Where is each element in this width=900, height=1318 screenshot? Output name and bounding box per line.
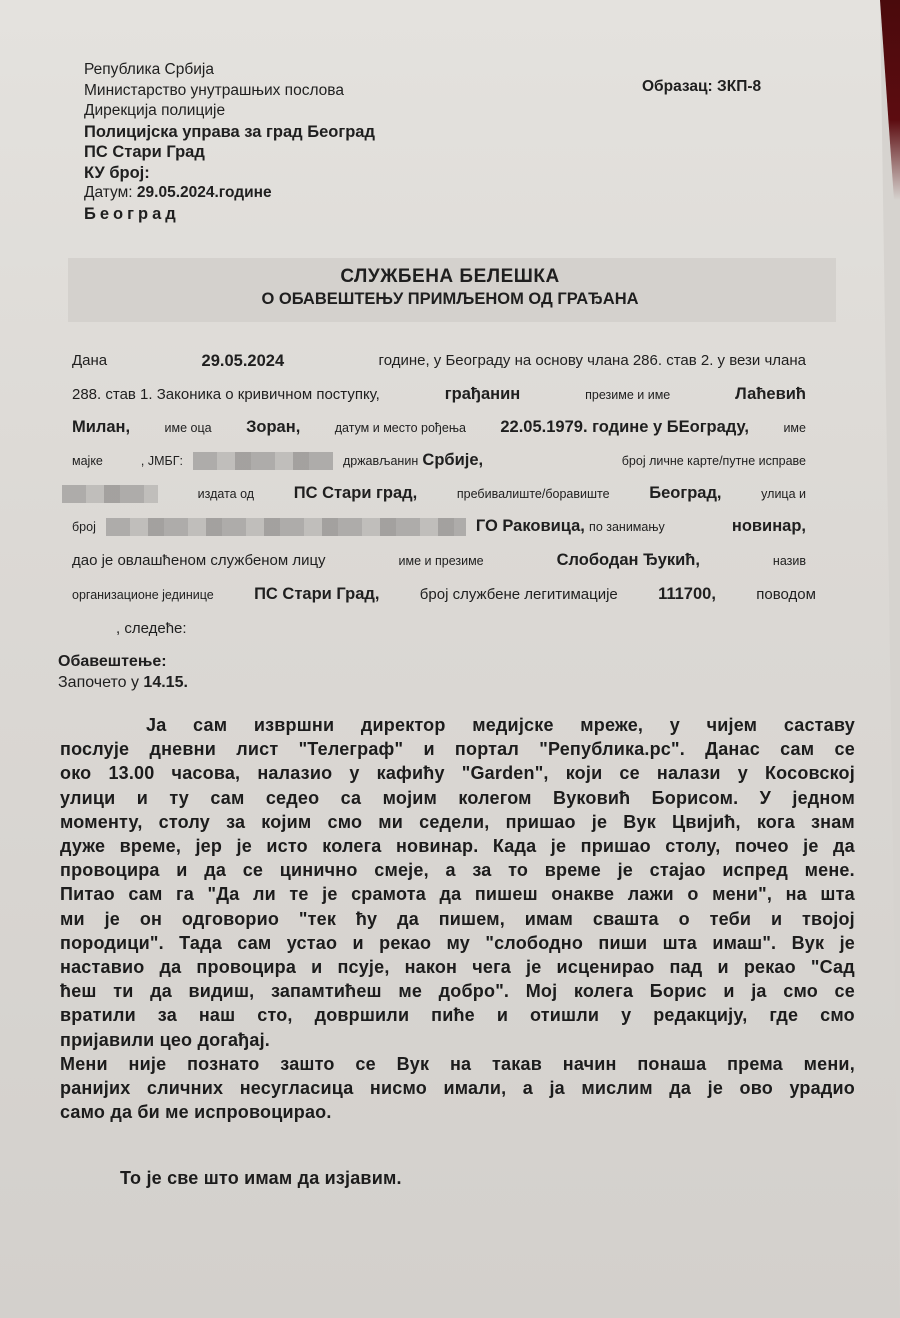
- redacted-id: [62, 485, 158, 503]
- statement-line: ћештидавидиш,запамтићешмедобро".Мојколег…: [60, 979, 855, 1003]
- header-line: Дирекција полиције: [84, 101, 375, 122]
- notice-section: Обавештење: Започето у 14.15.: [58, 651, 188, 693]
- label: пребивалиште/боравиште: [457, 487, 610, 501]
- statement-line: само да би ме испровоцирао.: [60, 1100, 855, 1124]
- statement-line: наставиодапровоцираипсује,накончегајеисц…: [60, 955, 855, 979]
- header-line: Министарство унутрашњих послова: [84, 81, 375, 102]
- residence-field: Београд,: [649, 484, 721, 503]
- label: број службене легитимације: [420, 586, 618, 603]
- statement-line: дужевреме,јерјеистоколегановинар.Кадајеп…: [60, 834, 855, 858]
- form-line: Дана 29.05.2024 године, у Београду на ос…: [72, 352, 806, 371]
- label: организационе јединице: [72, 588, 214, 602]
- label: име и презиме: [399, 554, 484, 568]
- label: број: [72, 520, 96, 534]
- document-header: Република Србија Министарство унутрашњих…: [84, 60, 375, 224]
- statement-closing: То је све што имам да изјавим.: [120, 1166, 402, 1190]
- label: датум и место рођења: [335, 421, 466, 435]
- form-line: , следеће:: [116, 620, 187, 637]
- form-line: мајке , ЈМБГ: држављанин Србије, број ли…: [72, 451, 806, 470]
- text: 288. став 1. Законика о кривичном поступ…: [72, 386, 380, 403]
- text: Дана: [72, 352, 107, 371]
- form-line: дао је овлашћеном службеном лицу име и п…: [72, 551, 806, 570]
- form-code: Образац: ЗКП-8: [642, 78, 761, 96]
- surname-field: Лаћевић: [735, 385, 806, 404]
- label: издата од: [198, 487, 254, 501]
- text: дао је овлашћеном службеном лицу: [72, 552, 326, 569]
- badge-number-field: 111700,: [658, 585, 716, 604]
- statement-body: Јасамизвршнидиректормедијскемреже,учијем…: [60, 713, 855, 1124]
- statement-line: вратилизанашсто,довршилипићеиотишлиуреда…: [60, 1003, 855, 1027]
- text: године, у Београду на основу члана 286. …: [379, 352, 806, 371]
- header-city: Београд: [84, 204, 375, 225]
- officer-field: Слободан Ђукић,: [557, 551, 700, 570]
- label: поводом: [756, 586, 816, 603]
- label: држављанин: [343, 454, 418, 468]
- start-time: 14.15.: [143, 674, 187, 691]
- statement-line: моменту,столузакојимсмомиседели,пришаоје…: [60, 810, 855, 834]
- form-line: организационе јединице ПС Стари Град, бр…: [72, 585, 816, 604]
- label: презиме и име: [585, 388, 670, 402]
- label: грађанин: [445, 385, 520, 404]
- form-line: број ГО Раковица, по занимању новинар,: [72, 517, 806, 536]
- statement-line: породици".Тадасамустаоирекаому"слободноп…: [60, 931, 855, 955]
- notice-started: Започето у 14.15.: [58, 672, 188, 693]
- form-line: Милан, име оца Зоран, датум и место рође…: [72, 418, 806, 437]
- text: , следеће:: [116, 620, 187, 637]
- issuer-field: ПС Стари град,: [294, 484, 418, 503]
- birth-field: 22.05.1979. године у БЕограду,: [500, 418, 749, 437]
- father-name-field: Зоран,: [246, 418, 300, 437]
- text: Започето у: [58, 674, 139, 691]
- document-title: СЛУЖБЕНА БЕЛЕШКА: [0, 266, 900, 288]
- statement-line: Питаосамга"Далитејесрамотадапишешонаквел…: [60, 882, 855, 906]
- form-line: издата од ПС Стари град, пребивалиште/бо…: [72, 484, 806, 503]
- statement-line: Јасамизвршнидиректормедијскемреже,учијем…: [60, 713, 855, 737]
- date-label: Датум:: [84, 184, 133, 201]
- label: , ЈМБГ:: [141, 454, 183, 468]
- unit-field: ПС Стари Град,: [254, 585, 379, 604]
- header-line: Полицијска управа за град Београд: [84, 122, 375, 143]
- statement-line: улициитусамседеосамојимколегомВуковићБор…: [60, 786, 855, 810]
- citizenship-field: Србије,: [422, 451, 483, 470]
- label: број личне карте/путне исправе: [622, 454, 806, 468]
- label: мајке: [72, 454, 103, 468]
- redacted-jmbg: [193, 452, 333, 470]
- document-subtitle: О ОБАВЕШТЕЊУ ПРИМЉЕНОМ ОД ГРАЂАНА: [0, 290, 900, 309]
- redacted-address: [106, 518, 466, 536]
- label: улица и: [761, 487, 806, 501]
- municipality-field: ГО Раковица,: [476, 517, 585, 536]
- header-date: Датум: 29.05.2024.године: [84, 183, 375, 204]
- header-line: ПС Стари Град: [84, 142, 375, 163]
- statement-line: ранијихсличнихнесугласицанисмоимали,ајам…: [60, 1076, 855, 1100]
- form-line: 288. став 1. Законика о кривичном поступ…: [72, 385, 806, 404]
- statement-line: око13.00часова,налазиоукафићу"Garden",ко…: [60, 761, 855, 785]
- statement-line: МенинијепознатозаштосеВукнатакавначинпон…: [60, 1052, 855, 1076]
- header-line: Република Србија: [84, 60, 375, 81]
- name-field: Милан,: [72, 418, 130, 437]
- label: име: [783, 421, 806, 435]
- header-line: КУ број:: [84, 163, 375, 184]
- notice-label: Обавештење:: [58, 651, 188, 672]
- occupation-field: новинар,: [732, 517, 806, 536]
- statement-line: пријавили цео догађај.: [60, 1028, 855, 1052]
- date-value: 29.05.2024.године: [137, 184, 272, 201]
- date-field: 29.05.2024: [202, 352, 285, 371]
- label: име оца: [165, 421, 212, 435]
- statement-line: провоцираидасециничносмеје,азатовремејес…: [60, 858, 855, 882]
- statement-line: мијеонодговорио"текћудапишем,имамсваштао…: [60, 907, 855, 931]
- label: по занимању: [589, 520, 665, 534]
- label: назив: [773, 554, 806, 568]
- statement-line: послуједневнилист"Телеграф"ипортал"Репуб…: [60, 737, 855, 761]
